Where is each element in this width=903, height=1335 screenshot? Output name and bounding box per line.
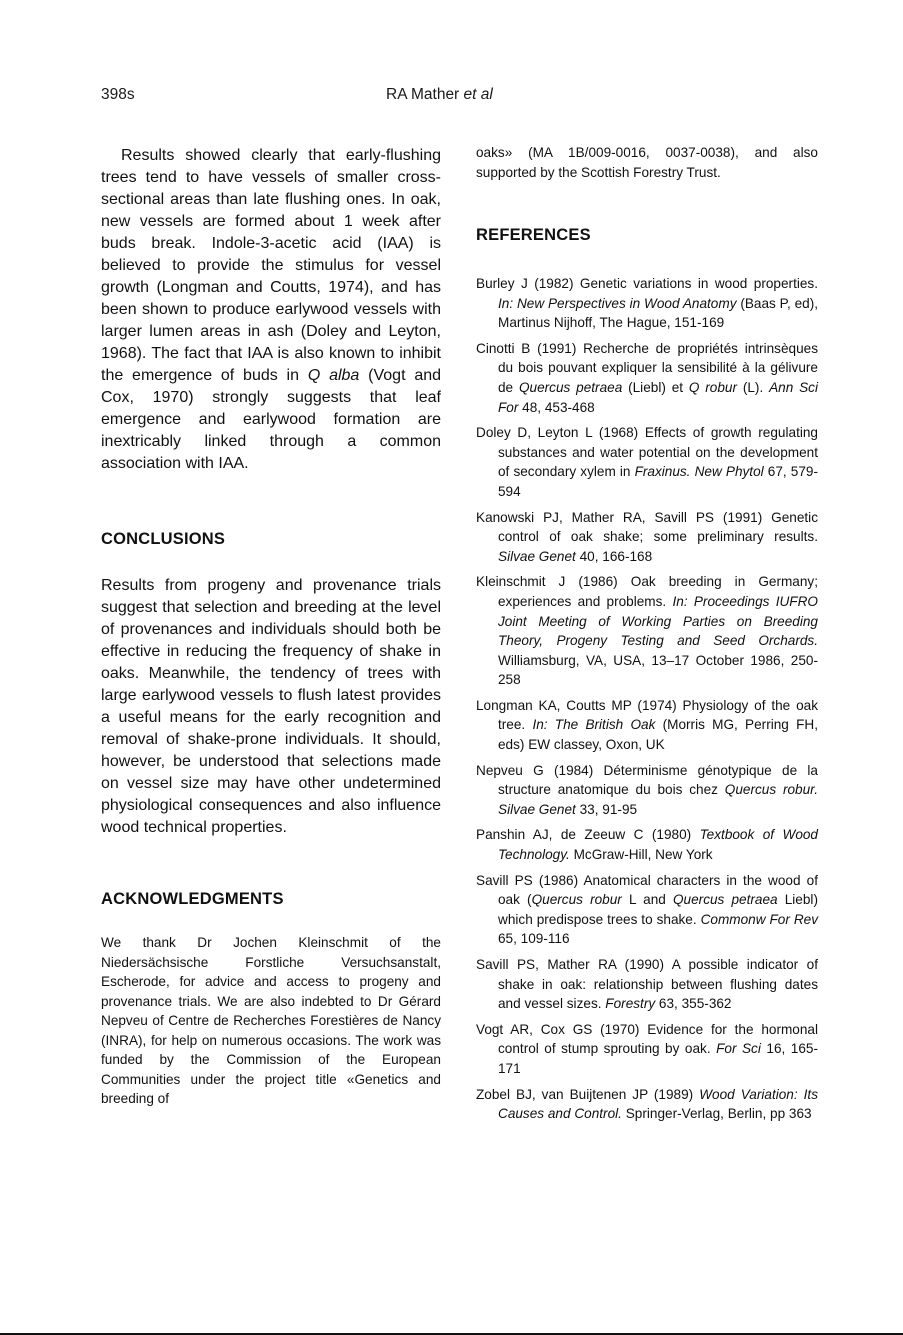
running-head-author: RA Mather bbox=[386, 86, 459, 103]
reference-list: Burley J (1982) Genetic variations in wo… bbox=[476, 274, 818, 1124]
reference-item: Cinotti B (1991) Recherche de propriétés… bbox=[476, 339, 818, 417]
acknowledgments-heading: ACKNOWLEDGMENTS bbox=[101, 890, 441, 909]
reference-item: Longman KA, Coutts MP (1974) Physiology … bbox=[476, 696, 818, 755]
reference-item: Burley J (1982) Genetic variations in wo… bbox=[476, 274, 818, 333]
reference-item: Zobel BJ, van Buijtenen JP (1989) Wood V… bbox=[476, 1085, 818, 1124]
reference-item: Kleinschmit J (1986) Oak breeding in Ger… bbox=[476, 572, 818, 690]
reference-item: Savill PS, Mather RA (1990) A possible i… bbox=[476, 955, 818, 1014]
reference-item: Vogt AR, Cox GS (1970) Evidence for the … bbox=[476, 1020, 818, 1079]
conclusions-heading: CONCLUSIONS bbox=[101, 530, 441, 549]
left-column: Results showed clearly that early-flushi… bbox=[101, 145, 441, 1109]
running-head-etal: et al bbox=[464, 86, 493, 103]
reference-item: Nepveu G (1984) Déterminisme génotypique… bbox=[476, 761, 818, 820]
discussion-paragraph: Results showed clearly that early-flushi… bbox=[101, 145, 441, 475]
reference-item: Panshin AJ, de Zeeuw C (1980) Textbook o… bbox=[476, 825, 818, 864]
acknowledgments-paragraph: We thank Dr Jochen Kleinschmit of the Ni… bbox=[101, 933, 441, 1109]
reference-item: Savill PS (1986) Anatomical characters i… bbox=[476, 871, 818, 949]
references-heading: REFERENCES bbox=[476, 226, 818, 245]
acknowledgments-continued: oaks» (MA 1B/009-0016, 0037-0038), and a… bbox=[476, 143, 818, 182]
running-head: RA Mather et al bbox=[386, 86, 493, 104]
conclusions-paragraph: Results from progeny and provenance tria… bbox=[101, 575, 441, 839]
right-column: oaks» (MA 1B/009-0016, 0037-0038), and a… bbox=[476, 143, 818, 1130]
reference-item: Doley D, Leyton L (1968) Effects of grow… bbox=[476, 423, 818, 501]
reference-item: Kanowski PJ, Mather RA, Savill PS (1991)… bbox=[476, 508, 818, 567]
page-number: 398s bbox=[101, 86, 135, 104]
